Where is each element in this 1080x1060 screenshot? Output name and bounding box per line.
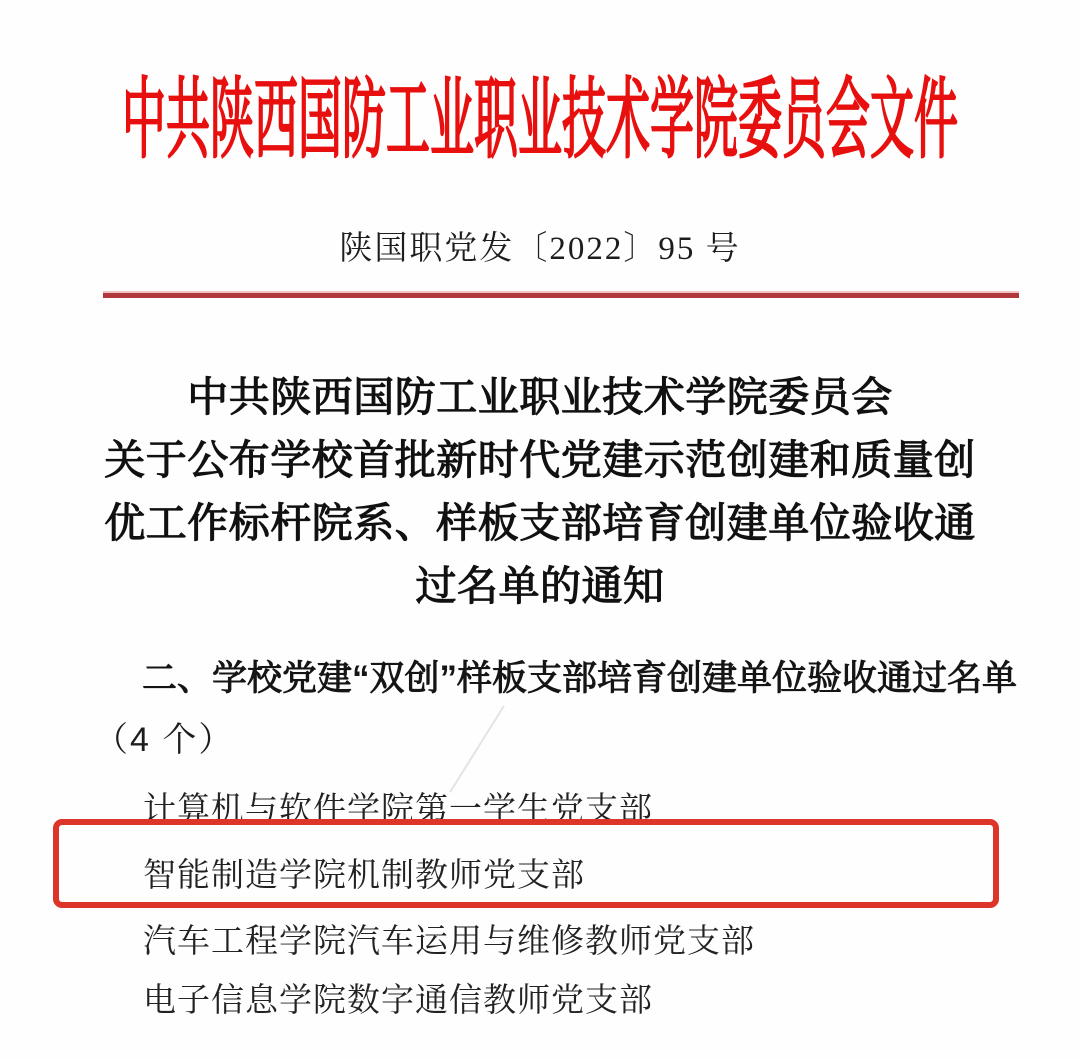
document-title-line-3: 优工作标杆院系、样板支部培育创建单位验收通 [0, 492, 1080, 555]
document-title-line-1: 中共陕西国防工业职业技术学院委员会 [0, 366, 1080, 429]
section-heading: 二、学校党建“双创”样板支部培育创建单位验收通过名单 [142, 651, 1017, 701]
list-item-electronic-information-branch: 电子信息学院数字通信教师党支部 [143, 974, 653, 1021]
red-header-title: 中共陕西国防工业职业技术学院委员会文件 [0, 47, 1080, 176]
red-separator-line [103, 291, 1019, 298]
document-title: 中共陕西国防工业职业技术学院委员会 关于公布学校首批新时代党建示范创建和质量创 … [0, 366, 1080, 618]
section-item-count: （4 个） [94, 712, 234, 761]
document-number: 陕国职党发〔2022〕95 号 [0, 222, 1080, 269]
list-item-intelligent-manufacturing-branch: 智能制造学院机制教师党支部 [143, 849, 585, 896]
scan-crease-artifact [449, 705, 505, 793]
document-title-line-2: 关于公布学校首批新时代党建示范创建和质量创 [0, 429, 1080, 492]
document-page: 中共陕西国防工业职业技术学院委员会文件 陕国职党发〔2022〕95 号 中共陕西… [0, 0, 1080, 1060]
document-title-line-4: 过名单的通知 [0, 555, 1080, 618]
list-item-automotive-engineering-branch: 汽车工程学院汽车运用与维修教师党支部 [143, 915, 755, 962]
